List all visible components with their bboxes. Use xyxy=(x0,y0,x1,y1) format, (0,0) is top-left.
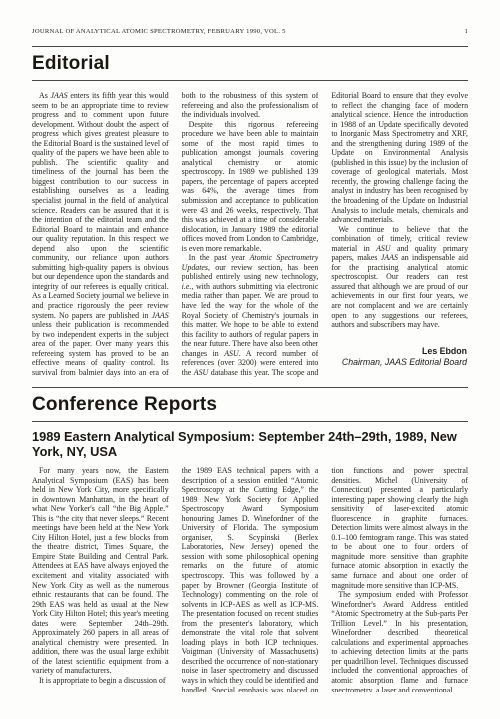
paragraph: Despite this rigorous refereeing procedu… xyxy=(182,120,319,254)
column-paragraphs: For many years now, the Eastern Analytic… xyxy=(32,466,169,686)
divider xyxy=(32,46,468,47)
paragraph: tion functions and power spectral densit… xyxy=(331,466,468,590)
column-paragraphs: both to the robustness of this system of… xyxy=(182,91,319,378)
column-paragraphs: Editorial Board to ensure that they evol… xyxy=(331,91,468,330)
editorial-column-3: Editorial Board to ensure that they evol… xyxy=(331,91,468,378)
paragraph: We continue to believe that the combinat… xyxy=(331,225,468,330)
paragraph: As JAAS enters its fifth year this would… xyxy=(32,91,169,378)
column-paragraphs: As JAAS enters its fifth year this would… xyxy=(32,91,169,378)
paragraph: For many years now, the Eastern Analytic… xyxy=(32,466,169,676)
conference-columns: For many years now, the Eastern Analytic… xyxy=(32,466,468,692)
paragraph: Editorial Board to ensure that they evol… xyxy=(331,91,468,225)
conference-column-1: For many years now, the Eastern Analytic… xyxy=(32,466,169,692)
symposium-title: 1989 Eastern Analytical Symposium: Septe… xyxy=(32,430,468,459)
conference-column-3: tion functions and power spectral densit… xyxy=(331,466,468,692)
signature-role: Chairman, JAAS Editorial Board xyxy=(331,357,467,367)
conference-reports-heading: Conference Reports xyxy=(32,393,468,417)
signature-block: Les Ebdon Chairman, JAAS Editorial Board xyxy=(331,346,468,367)
editorial-columns: As JAAS enters its fifth year this would… xyxy=(32,91,468,378)
paragraph: both to the robustness of this system of… xyxy=(182,91,319,120)
page-number: 1 xyxy=(464,28,468,35)
divider xyxy=(32,421,468,422)
running-head: JOURNAL OF ANALYTICAL ATOMIC SPECTROMETR… xyxy=(32,28,468,35)
column-paragraphs: tion functions and power spectral densit… xyxy=(331,466,468,692)
journal-title: JOURNAL OF ANALYTICAL ATOMIC SPECTROMETR… xyxy=(32,28,286,35)
paragraph: It is appropriate to begin a discussion … xyxy=(32,676,169,686)
column-paragraphs: the 1989 EAS technical papers with a des… xyxy=(182,466,319,692)
divider xyxy=(32,80,468,81)
conference-column-2: the 1989 EAS technical papers with a des… xyxy=(182,466,319,692)
editorial-column-1: As JAAS enters its fifth year this would… xyxy=(32,91,169,378)
editorial-heading: Editorial xyxy=(32,52,468,76)
paragraph: The symposium ended with Professor Winef… xyxy=(331,590,468,692)
editorial-column-2: both to the robustness of this system of… xyxy=(182,91,319,378)
journal-page: JOURNAL OF ANALYTICAL ATOMIC SPECTROMETR… xyxy=(0,0,500,719)
signature-name: Les Ebdon xyxy=(331,346,467,356)
paragraph: In the past year Atomic Spectrometry Upd… xyxy=(182,253,319,378)
paragraph: the 1989 EAS technical papers with a des… xyxy=(182,466,319,692)
divider xyxy=(32,387,468,388)
